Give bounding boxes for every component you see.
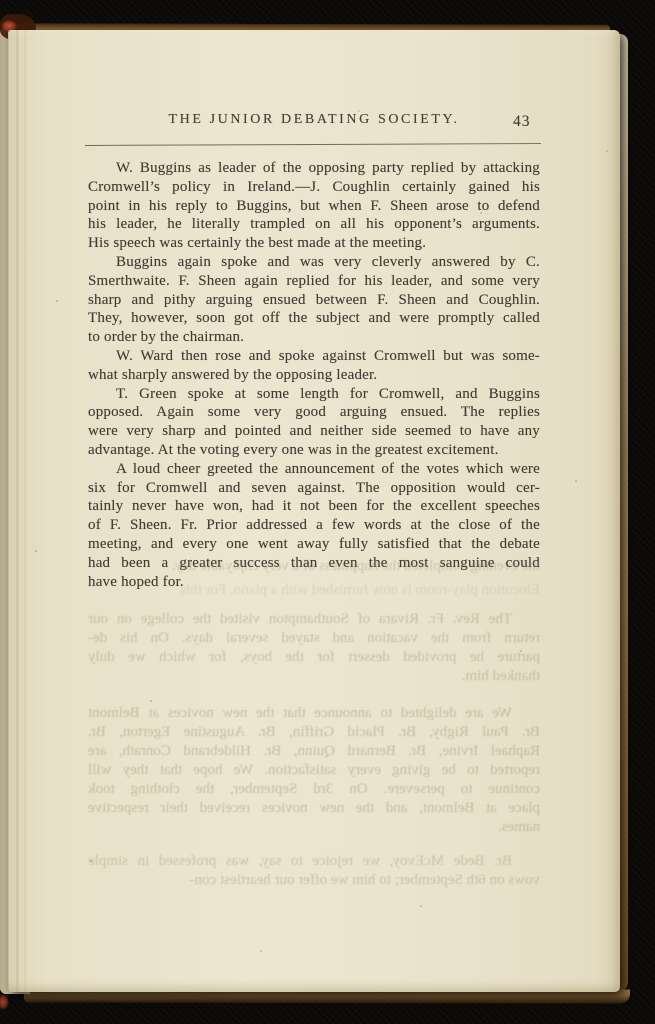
- paragraph: Buggins again spoke and was very cleverl…: [88, 253, 540, 347]
- text-line: Cromwell’s policy in Ireland.—J. Coughli…: [88, 178, 540, 197]
- text-line: his leader, he literally trampled on all…: [88, 215, 540, 234]
- text-line: what sharply answered by the opposing le…: [88, 366, 540, 385]
- running-title: THE JUNIOR DEBATING SOCIETY.: [88, 112, 540, 128]
- text-line: parture he provided dessert for the boys…: [88, 648, 540, 667]
- bleedthrough-text-fragment-2: Elocution play-room is now furnished wit…: [88, 581, 540, 600]
- text-line: W. Buggins as leader of the opposing par…: [88, 159, 540, 178]
- book-page: THE JUNIOR DEBATING SOCIETY. 43 W. Buggi…: [8, 30, 620, 992]
- text-line: place at Belmont, and the new novices re…: [88, 799, 540, 818]
- paragraph: W. Ward then rose and spoke against Crom…: [88, 347, 540, 385]
- text-line: Br. Paul Rigby, Br. Placid Griffin, Br. …: [88, 723, 540, 742]
- text-line: Smerthwaite. F. Sheen again replied for …: [88, 272, 540, 291]
- bleedthrough-text-fragment-1: the evening completed the happiness of a…: [88, 557, 540, 576]
- text-line: They, however, soon got off the subject …: [88, 309, 540, 328]
- text-line: tainly never have won, had it not been f…: [88, 497, 540, 516]
- paragraph: Elocution play-room is now furnished wit…: [88, 581, 540, 600]
- text-line: of F. Sheen. Fr. Prior addressed a few w…: [88, 516, 540, 535]
- bleedthrough-paragraph-1: The Rev. Fr. Rivara of Southampton visit…: [88, 610, 540, 686]
- headband-remnant-bottom: [0, 994, 10, 1010]
- text-line: W. Ward then rose and spoke against Crom…: [88, 347, 540, 366]
- text-line: His speech was certainly the best made a…: [88, 234, 540, 253]
- text-line: point in his reply to Buggins, but when …: [88, 197, 540, 216]
- paper-speckles: [8, 30, 10, 32]
- text-line: sharp and pithy arguing ensued between F…: [88, 291, 540, 310]
- bleedthrough-paragraph-3: Br. Bede McEvoy, we rejoice to say, was …: [88, 852, 540, 890]
- bleedthrough-paragraph-2: We are delighted to announce that the ne…: [88, 704, 540, 837]
- paragraph: Br. Bede McEvoy, we rejoice to say, was …: [88, 852, 540, 890]
- text-line: Raphael Irvine, Br. Bernard Quinn, Br. H…: [88, 742, 540, 761]
- text-line: thanked him.: [88, 667, 540, 686]
- header-rule: [85, 143, 541, 146]
- page-number: 43: [513, 113, 531, 131]
- text-line: T. Green spoke at some length for Cromwe…: [88, 385, 540, 404]
- text-line: The Rev. Fr. Rivara of Southampton visit…: [88, 610, 540, 629]
- page-header: THE JUNIOR DEBATING SOCIETY. 43: [88, 112, 540, 136]
- text-line: A loud cheer greeted the announcement of…: [88, 460, 540, 479]
- text-line: opposed. Again some very good arguing en…: [88, 403, 540, 422]
- paragraph: T. Green spoke at some length for Cromwe…: [88, 385, 540, 460]
- book-scan: { "header": { "title": "THE JUNIOR DEBAT…: [0, 0, 655, 1024]
- text-line: were very sharp and pointed and neither …: [88, 422, 540, 441]
- text-line: to order by the chairman.: [88, 328, 540, 347]
- text-line: vows on 6th September; to him we offer o…: [88, 871, 540, 890]
- text-line: return from the vacation and stayed seve…: [88, 629, 540, 648]
- text-line: Buggins again spoke and was very cleverl…: [88, 253, 540, 272]
- text-line: six for Cromwell and seven against. The …: [88, 479, 540, 498]
- text-line: continue to persevere. On 3rd September,…: [88, 780, 540, 799]
- body-text: W. Buggins as leader of the opposing par…: [88, 159, 540, 591]
- text-line: advantage. At the voting every one was i…: [88, 441, 540, 460]
- paragraph: W. Buggins as leader of the opposing par…: [88, 159, 540, 253]
- paragraph: We are delighted to announce that the ne…: [88, 704, 540, 837]
- text-line: Elocution play-room is now furnished wit…: [88, 581, 540, 600]
- paragraph: the evening completed the happiness of a…: [88, 557, 540, 576]
- text-line: We are delighted to announce that the ne…: [88, 704, 540, 723]
- text-line: Br. Bede McEvoy, we rejoice to say, was …: [88, 852, 540, 871]
- text-line: the evening completed the happiness of a…: [88, 557, 540, 576]
- text-line: meeting, and every one went away fully s…: [88, 535, 540, 554]
- paragraph: The Rev. Fr. Rivara of Southampton visit…: [88, 610, 540, 686]
- text-line: names.: [88, 818, 540, 837]
- text-line: reported to be giving every satisfaction…: [88, 761, 540, 780]
